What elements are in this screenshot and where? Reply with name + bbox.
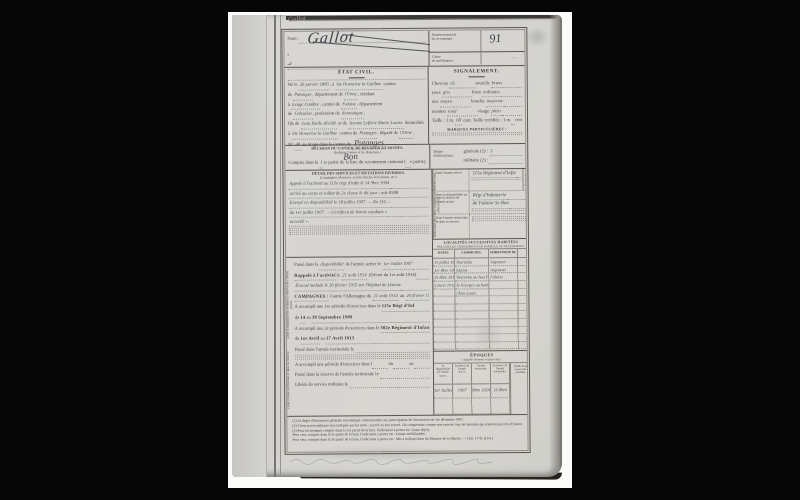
date-cell: 1er 8bre 1909: [433, 266, 455, 274]
classe-value-cell: —: [482, 52, 525, 64]
handwritten-text: plein: [490, 107, 501, 116]
printed-text: nez: [432, 98, 440, 106]
form-line: Libéré du service militaire le: [295, 378, 430, 389]
blank-rule: [414, 367, 430, 369]
stamped-text: 1er Avril: [300, 334, 319, 345]
date-cell: 13 juillet 1907: [433, 259, 455, 267]
blank-rule: [432, 133, 522, 136]
blank-rule: [289, 232, 429, 235]
bottom-row: DÉTAIL DES SERVICES ET MUTATIONS DIVERSE…: [285, 169, 527, 417]
localites-header: LOCALITÉS SUCCESSIVES HABITÉES PAR SUITE…: [433, 239, 529, 250]
handwritten-text: ordinaire: [482, 88, 501, 97]
printed-text: Cheveux: [432, 80, 450, 88]
printed-text: Libéré du service militaire le: [295, 379, 349, 389]
handwritten-text: bruns: [491, 79, 504, 88]
printed-text: cent. Taille rectifiée : 1 m.: [462, 116, 511, 125]
handwritten-text: 26 février 1915: [405, 291, 429, 302]
column-header-blank: [518, 249, 529, 257]
printed-text: Passé dans la réserve de l'armée territo…: [295, 369, 380, 379]
printed-text: domiciliés: [404, 119, 424, 128]
printed-text: (Décret du 1er août 1914): [368, 269, 417, 279]
marques-blank-lines: [432, 131, 522, 136]
handwritten-text: accordé ».: [289, 218, 310, 228]
form-line: Régt d'Infanterie: [472, 192, 529, 201]
handwritten-text: Putanges: [358, 129, 377, 139]
stamped-text: CAMPAGNES :: [294, 291, 328, 302]
printed-text: Pour ceux compris dans la 3e partie de l…: [293, 436, 494, 442]
handwritten-text: moyen: [439, 98, 453, 107]
printed-text: , département de: [312, 90, 344, 99]
printed-text: re partie de la liste du recrutement can…: [324, 158, 406, 167]
corps-caption-vertical: Indication des corps auxquels les hommes…: [433, 172, 441, 238]
scan-white-mat: Gallot Nom : Gallot ré: [228, 12, 572, 488]
value-cell: 10 8bre 1932: [491, 384, 510, 397]
blank-rule: [451, 96, 472, 98]
printed-text: visage: [478, 107, 491, 115]
blank-rule: [507, 198, 528, 200]
printed-text: A accompli une 2e période d'exercices da…: [295, 323, 381, 333]
text: é: [290, 59, 292, 68]
matricule-row: Numéro matricule du recrutement : 91: [430, 30, 525, 53]
handwritten-text: rond: [447, 107, 458, 116]
services-lines: Appelé à l'activité au 115e régt d'infie…: [288, 179, 428, 235]
blank-rule: [471, 178, 520, 180]
handwritten-text: l'Orne: [344, 90, 358, 100]
handwritten-text: Jean Emile décédé: [301, 120, 338, 130]
epoques-dates-column: DATE de la rayure des contrôles.: [510, 363, 529, 414]
handwritten-text: du 1er juillet 1907. — Certificat de bon…: [289, 208, 389, 218]
etat-civil-title: ÉTAT CIVIL.: [288, 69, 425, 77]
printed-text: A accompli une 1re période d'exercices d…: [294, 301, 381, 311]
blank-rule: [472, 219, 529, 221]
footnotes: (1) Le degré d'instruction générale sera…: [287, 415, 527, 452]
signalement-lines: Cheveux ch.sourcils brunsyeux grisfront …: [432, 79, 522, 126]
header-row: Nom : Gallot ré Numéro matricule: [284, 30, 524, 68]
etat-civil-lines: Né le 20 janvier 1883, à Ste Honorine la…: [288, 80, 426, 151]
date-cell: [434, 327, 456, 335]
printed-text: ,: [364, 110, 365, 119]
corps-row-value: [470, 214, 529, 238]
epoques-table: ÉPOQUES à laquelle l'homme est passé dan…: [434, 351, 529, 415]
surname-handwritten: Gallot: [307, 29, 356, 49]
printed-text: Taille : 1 m.: [432, 116, 455, 124]
handwritten-text: domestique: [341, 110, 364, 120]
note-cell: [519, 334, 529, 342]
column-header: la réserve de l'armée active.: [453, 363, 472, 383]
printed-text: Né le: [288, 81, 299, 90]
note-cell: [518, 281, 528, 289]
handwritten-text: 1er Juillet 1907: [382, 259, 413, 270]
form-line: Taille : 1 m. 68 cent. Taille rectifiée …: [432, 116, 522, 126]
printed-text: , département: [357, 100, 382, 109]
epoques-body: la disponibilité de l'armée active. la r…: [434, 363, 529, 415]
blank-rule: [501, 95, 522, 97]
date-cell: 25 8bre 1910: [433, 274, 455, 282]
name-block: Nom : Gallot ré: [284, 31, 428, 67]
column-header: l'armée territoriale.: [472, 363, 491, 383]
localites-rows: 13 juillet 1907 Tournebu Argentan 1er 8b…: [433, 258, 529, 351]
localites-subtitle: PAR SUITE DE CHANGEMENTS DE DOMICILE OU …: [433, 245, 529, 249]
printed-text: canton de: [338, 129, 358, 138]
column-header-communes: COMMUNES.: [455, 249, 489, 257]
blank-rule: [388, 215, 429, 217]
date-cell: [433, 289, 455, 297]
stamped-text: Rappelé à l'activité: [294, 270, 336, 281]
nom-label: Nom :: [287, 35, 299, 44]
epoques-header-row: la disponibilité de l'armée active. la r…: [434, 363, 510, 385]
corps-matricule-vertical: Numéro de matricule: [525, 169, 529, 191]
services-column: DÉTAIL DES SERVICES ET MUTATIONS DIVERSE…: [285, 170, 433, 416]
blank-rule: [349, 386, 430, 389]
printed-text: et de: [337, 120, 348, 129]
stamped-text: 302e Régiment d'Infanterie: [380, 322, 429, 333]
signalement-title: SIGNALEMENT.: [432, 68, 522, 76]
date-cell: 2 mars 1911: [433, 282, 455, 290]
blank-rule: [504, 105, 522, 107]
services-section: DÉTAIL DES SERVICES ET MUTATIONS DIVERSE…: [285, 170, 432, 258]
handwritten-text: disponibilité: [319, 259, 344, 270]
form-line: du 1er Avril au 17 Avril 1913: [295, 333, 430, 345]
form-line: Envoyé en disponibilité le 18 juillet 19…: [289, 198, 429, 209]
mutations-lines: Passé dans la disponibilité de l'armée a…: [294, 259, 430, 389]
stamped-text: 115e Régt d'Inf: [382, 301, 415, 312]
form-line: générale (1) : 3: [463, 147, 522, 156]
printed-text: Contre l'Allemagne du: [328, 291, 372, 301]
printed-text: A accompli une période d'exercices dans …: [295, 360, 372, 370]
note-cell: [518, 289, 528, 297]
form-line: A accompli une période d'exercices dans …: [295, 359, 430, 370]
table-row: Dans l'armée territoriale et dans sa rés…: [434, 214, 529, 238]
handwritten-text: Falaise: [341, 100, 357, 110]
handwritten-text: ch.: [449, 80, 457, 89]
handwritten-text: 21 août 1914: [372, 291, 398, 302]
decision-instruction-row: DÉCISION DU CONSEIL DE RÉVISION ET MOTIF…: [285, 144, 525, 171]
column-header-dates: DATES.: [433, 250, 455, 258]
handwritten-text: Putanges: [293, 90, 312, 100]
note-cell: [519, 342, 529, 350]
form-line: Passé dans la réserve de l'armée territo…: [295, 369, 430, 380]
note-cell: [518, 296, 528, 304]
printed-text: canton: [382, 80, 395, 89]
note-cell: [519, 326, 529, 334]
instruction-label: Degré d'instruction :: [430, 144, 463, 168]
etat-civil-section: ÉTAT CIVIL. Né le 20 janvier 1883, à Ste…: [285, 67, 429, 145]
value-cell: 1er Juillet 1907: [434, 385, 453, 398]
matricule-label: Numéro matricule du recrutement :: [430, 30, 482, 51]
printed-text: Passé dans l'armée territoriale le: [295, 344, 355, 354]
form-line: [472, 219, 529, 221]
matricule-number: 91: [489, 31, 502, 47]
printed-text: Passé dans la: [294, 260, 319, 270]
handwritten-text: Calvados: [293, 110, 312, 120]
mutations-section: Dans la disponibilité ou dans la réserve…: [286, 257, 433, 416]
printed-text: e partie).: [410, 158, 426, 167]
form-line: arrivé au corps et soldat de 2e classe l…: [289, 189, 429, 200]
printed-text: front: [472, 89, 482, 97]
epoques-values-row: 1er Juillet 1907 1907 8bre 1920 10 8bre …: [434, 384, 510, 399]
form-line: Compris dans la 1re partie de la liste d…: [288, 158, 426, 169]
instruction-generale: générale (1) : 3: [463, 147, 522, 156]
matricule-value-cell: 91: [482, 30, 525, 51]
epoques-empty-row: [434, 398, 510, 415]
blank-rule: [399, 196, 428, 198]
form-line: A accompli une 2e période d'exercices da…: [295, 322, 430, 334]
date-cell: [434, 342, 456, 350]
date-cell: [434, 319, 456, 327]
title-rule: [469, 76, 485, 77]
epoques-columns: la disponibilité de l'armée active. la r…: [434, 363, 510, 415]
localites-table: LOCALITÉS SUCCESSIVES HABITÉES PAR SUITE…: [433, 239, 529, 352]
blank-rule: [392, 205, 429, 207]
blank-rule: [416, 278, 429, 280]
table-row: [434, 342, 529, 350]
civil-signalement-row: ÉTAT CIVIL. Né le 20 janvier 1883, à Ste…: [285, 66, 526, 146]
date-cell: [433, 297, 455, 305]
instruction-militaire: militaire (2) :: [464, 156, 523, 164]
printed-text: .: [413, 129, 414, 138]
form-line: du 1er juillet 1907. — Certificat de bon…: [289, 207, 429, 218]
note-cell: [518, 273, 528, 281]
value-cell: 1907: [453, 384, 472, 397]
printed-text: , profession de: [313, 110, 341, 119]
note-cell: [518, 258, 529, 266]
text: r: [287, 51, 289, 60]
handwritten-text: Ste Honorine la Guillme: [335, 80, 382, 90]
handwritten-text: Évacué malade le 26 février 1915 sur l'h…: [294, 280, 402, 291]
handwritten-text: gris: [442, 89, 451, 98]
margin-label-disponibilite: Dans la disponibilité ou dans la réserve…: [286, 270, 294, 340]
date-cell: [434, 335, 456, 343]
form-line: [289, 232, 429, 235]
printed-text: sourcils: [475, 79, 491, 87]
register-page: Gallot Nom : Gallot ré: [232, 15, 562, 477]
printed-text: de l'armée active le: [344, 259, 382, 269]
printed-text: générale (1) :: [463, 147, 489, 155]
blank-rule: [493, 154, 522, 156]
column-header: la réserve de l'armée territoriale.: [491, 363, 510, 383]
printed-text: Compris dans la: [288, 159, 319, 168]
note-cell: [519, 319, 529, 327]
form-line: yeux grisfront ordinaire: [432, 88, 522, 98]
form-line: [472, 208, 529, 210]
handwritten-text: Régt d'Infanterie: [472, 192, 508, 201]
form-frame: Nom : Gallot ré Numéro matricule: [281, 27, 530, 455]
title-rule: [348, 77, 364, 78]
printed-text: yeux: [432, 89, 442, 97]
form-line: nez moyenbouche moyenne: [432, 97, 522, 107]
matricule-block: Numéro matricule du recrutement : 91 Cla…: [429, 30, 525, 66]
form-line: militaire (2) :: [464, 156, 523, 164]
form-line: [471, 178, 520, 180]
printed-text: cent.: [515, 116, 522, 124]
blank-rule: [415, 310, 430, 312]
note-cell: [518, 266, 528, 274]
corps-caption-cell: Indication des corps auxquels les hommes…: [432, 170, 434, 239]
handwritten-text: Ste Honorine la Guillme: [291, 129, 338, 139]
blank-rule: [503, 86, 522, 88]
column-header-subdivision: SUBDIVISION DE RÉGION.: [489, 249, 518, 257]
corps-matricule-cell: Numéro de matricule: [523, 169, 529, 190]
handwritten-text: 21 août 1914: [341, 270, 367, 281]
form-line: à Ste Honorine la Guillme canton de Puta…: [288, 129, 425, 140]
blank-rule: [393, 367, 409, 369]
commune-cell: [456, 342, 490, 350]
value-cell: 8bre 1920: [472, 384, 491, 397]
instruction-section: Degré d'instruction : générale (1) : 3 m…: [429, 144, 525, 169]
compris-line: Compris dans la 1re partie de la liste d…: [288, 158, 426, 169]
corps-row-value: 115e Régiment d'Infie: [469, 169, 523, 190]
handwritten-text: 115e Régiment d'Infie: [471, 170, 517, 179]
classe-dash: —: [512, 56, 517, 61]
printed-text: , départt de: [377, 129, 399, 138]
table-row: Dans la disponibilité ou dans la réserve…: [434, 191, 529, 215]
column-header: la disponibilité de l'armée active.: [434, 364, 453, 384]
printed-text: menton: [432, 107, 447, 115]
screenshot-stage: Gallot Nom : Gallot ré: [0, 0, 800, 500]
date-cell: [434, 312, 456, 320]
handwritten-text: de Falaise 5e Bon: [472, 200, 510, 209]
margin-label-territoriale: Dans l'armée territoriale et dans sa rés…: [287, 350, 291, 410]
printed-text: militaire (2) :: [464, 156, 489, 164]
classe-row: Classe de mobilisation : —: [430, 52, 525, 65]
corps-column: Indication des corps auxquels les hommes…: [431, 169, 528, 415]
printed-text: , canton de: [320, 100, 341, 109]
printed-text: fils de: [288, 120, 301, 129]
printed-text: , résidant: [358, 90, 375, 99]
blank-rule: [488, 162, 522, 164]
form-line: Cheveux ch.sourcils bruns: [432, 79, 522, 89]
signalement-section: SIGNALEMENT. Cheveux ch.sourcils brunsye…: [428, 66, 526, 144]
form-line: Appelé à l'activité au 115e régt d'infie…: [288, 179, 428, 190]
subdivision-cell: [490, 342, 519, 350]
form-line: A accompli une 1re période d'exercices d…: [294, 301, 429, 313]
stamped-text: 17 Avril 1913: [326, 333, 354, 344]
classe-label: Classe de mobilisation :: [430, 52, 482, 64]
corps-table: Indication des corps auxquels les hommes…: [432, 169, 528, 240]
table-row: Dans l'armée active. 115e Régiment d'Inf…: [433, 169, 528, 191]
instruction-values: générale (1) : 3 militaire (2) :: [463, 144, 525, 168]
note-cell: [518, 304, 528, 312]
handwritten-text: Leuge Cambre: [291, 100, 320, 110]
handwritten-text: Jeanne Lefévre Marie Louise: [348, 119, 404, 129]
date-cell: [433, 304, 455, 312]
printed-text: bouche: [471, 98, 485, 106]
corps-rows: Dans l'armée active. 115e Régiment d'Inf…: [433, 169, 528, 239]
handwritten-text: moyenne: [486, 98, 504, 107]
note-cell: [519, 311, 529, 319]
form-frame-inner: Nom : Gallot ré Numéro matricule: [283, 29, 528, 453]
handwritten-text: 20 janvier 1883: [299, 81, 330, 91]
blank-rule: [472, 208, 529, 210]
form-line: Pour ceux compris dans la 3e partie de l…: [293, 436, 523, 443]
form-line: [432, 133, 522, 136]
blank-rule: [380, 376, 430, 378]
handwritten-text: l'Orne: [399, 129, 413, 139]
corps-row-value: Régt d'Infanteriede Falaise 5e Bon: [470, 191, 529, 214]
stamped-text: 30 Septembre 1909: [312, 312, 353, 323]
decision-section: DÉCISION DU CONSEIL DE RÉVISION ET MOTIF…: [285, 145, 429, 170]
page-content: Nom : Gallot ré Numéro matricule: [232, 15, 562, 477]
